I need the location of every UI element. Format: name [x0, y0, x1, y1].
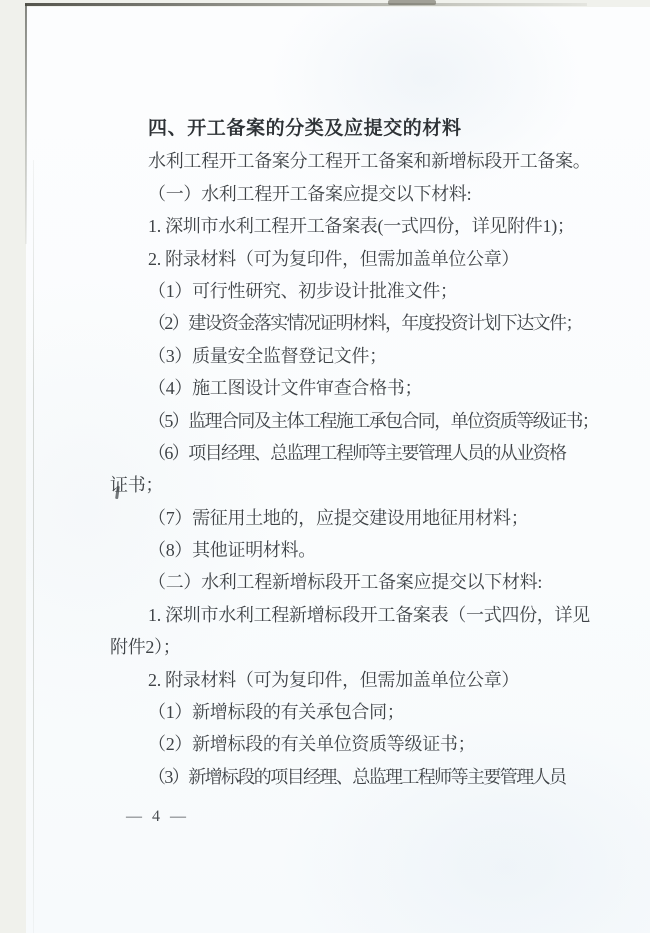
document-line: （1）可行性研究、初步设计批准文件； — [110, 275, 596, 307]
document-line: （二）水利工程新增标段开工备案应提交以下材料: — [110, 566, 596, 598]
page-fold-line — [33, 160, 34, 933]
document-line: （3）新增标段的项目经理、总监理工程师等主要管理人员 — [110, 761, 596, 793]
document-line: （5）监理合同及主体工程施工承包合同，单位资质等级证书； — [110, 405, 596, 437]
scan-left-edge-artifact — [25, 4, 27, 244]
document-line: （8）其他证明材料。 — [110, 534, 596, 566]
document-line: （3）质量安全监督登记文件； — [110, 340, 596, 372]
document-line: 水利工程开工备案分工程开工备案和新增标段开工备案。 — [110, 145, 596, 177]
document-line: 证书； — [110, 469, 596, 501]
document-line: 1. 深圳市水利工程开工备案表(一式四份，详见附件1)； — [110, 210, 596, 242]
page-number: — 4 — — [126, 804, 189, 830]
document-line: （2）建设资金落实情况证明材料，年度投资计划下达文件； — [110, 307, 596, 339]
document-body: 四、开工备案的分类及应提交的材料水利工程开工备案分工程开工备案和新增标段开工备案… — [110, 113, 596, 793]
document-line: （6）项目经理、总监理工程师等主要管理人员的从业资格 — [110, 437, 596, 469]
document-line: （2）新增标段的有关单位资质等级证书； — [110, 728, 596, 760]
document-line: （1）新增标段的有关承包合同； — [110, 696, 596, 728]
scan-top-edge-artifact — [25, 3, 587, 6]
document-line: （7）需征用土地的，应提交建设用地征用材料； — [110, 502, 596, 534]
document-line: （4）施工图设计文件审查合格书； — [110, 372, 596, 404]
document-line: 2. 附录材料（可为复印件，但需加盖单位公章） — [110, 243, 596, 275]
document-line: （一）水利工程开工备案应提交以下材料: — [110, 178, 596, 210]
document-line: 1. 深圳市水利工程新增标段开工备案表（一式四份，详见 — [110, 599, 596, 631]
document-line: 2. 附录材料（可为复印件，但需加盖单位公章） — [110, 664, 596, 696]
document-line: 附件2）； — [110, 631, 596, 663]
section-heading: 四、开工备案的分类及应提交的材料 — [110, 113, 596, 145]
